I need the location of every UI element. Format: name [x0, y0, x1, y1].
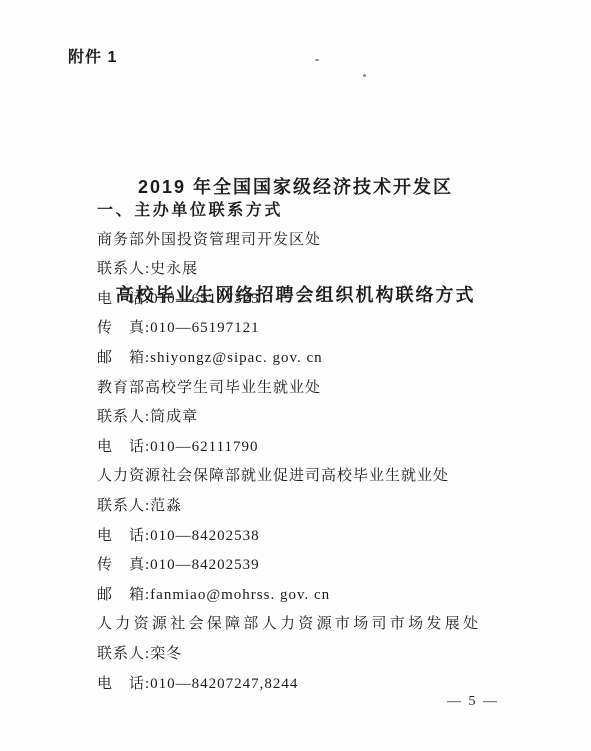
contact-person-line: 联系人:史永展 — [97, 255, 561, 285]
document-body: 一、主办单位联系方式 商务部外国投资管理司开发区处 联系人:史永展 电 话:01… — [97, 196, 561, 699]
org-name: 人力资源社会保障部人力资源市场司市场发展处 — [97, 610, 561, 640]
attachment-label: 附件 1 — [68, 44, 117, 67]
scanned-document-page: 附件 1 2019 年全国国家级经济技术开发区 高校毕业生网络招聘会组织机构联络… — [0, 0, 591, 751]
scan-speck — [315, 59, 319, 61]
contact-person-line: 联系人:范淼 — [97, 492, 561, 522]
fax-line: 传 真:010—65197121 — [97, 314, 561, 344]
scan-speck — [363, 74, 366, 77]
phone-line: 电 话:010—84202538 — [97, 522, 561, 552]
section-heading: 一、主办单位联系方式 — [97, 196, 561, 226]
page-number: — 5 — — [447, 694, 499, 710]
org-name: 人力资源社会保障部就业促进司高校毕业生就业处 — [97, 462, 561, 492]
email-line: 邮 箱:shiyongz@sipac. gov. cn — [97, 344, 561, 374]
org-name: 教育部高校学生司毕业生就业处 — [97, 374, 561, 404]
phone-line: 电 话:010—62111790 — [97, 433, 561, 463]
fax-line: 传 真:010—84202539 — [97, 551, 561, 581]
contact-person-line: 联系人:筒成章 — [97, 403, 561, 433]
contact-person-line: 联系人:栾冬 — [97, 640, 561, 670]
email-line: 邮 箱:fanmiao@mohrss. gov. cn — [97, 581, 561, 611]
org-name: 商务部外国投资管理司开发区处 — [97, 226, 561, 256]
phone-line: 电 话:010—65197325 — [97, 285, 561, 315]
